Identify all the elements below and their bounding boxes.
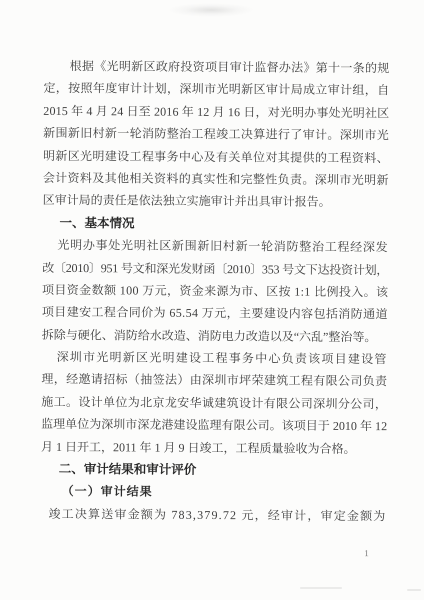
project-parties-paragraph: 深圳市光明新区光明建设工程事务中心负责该项目建设管理，经邀请招标（抽签法）由深圳… bbox=[41, 346, 388, 460]
subsection-heading-audit-result: （一）审计结果 bbox=[41, 480, 387, 505]
text-line: 月 1 日开工，2011 年 1 月 9 日竣工，工程质量验收为合格。 bbox=[41, 435, 387, 460]
text-line: （一）审计结果 bbox=[41, 480, 387, 505]
text-line: 深圳市光明新区光明建设工程事务中心负责该项目建设管 bbox=[42, 346, 388, 371]
text-line: 二、审计结果和审计评价 bbox=[41, 458, 387, 483]
text-line: 改〔2010〕951 号文和深光发财函〔2010〕353 号文下达投资计划， bbox=[42, 256, 388, 281]
text-line: 竣工决算送审金额为 783,379.72 元，经审计，审定金额为 bbox=[40, 503, 386, 528]
text-line: 一、基本情况 bbox=[42, 212, 388, 237]
audit-amount-paragraph: 竣工决算送审金额为 783,379.72 元，经审计，审定金额为 bbox=[40, 503, 386, 528]
page-number: 1 bbox=[364, 548, 369, 558]
text-line: 拆除与硬化、消防给水改造、消防电力改造以及“六乱”整治等。 bbox=[42, 324, 388, 349]
text-line: 定，按照年度审计计划，深圳市光明新区审计局成立审计组，自 bbox=[43, 77, 389, 102]
text-line: 光明办事处光明社区新围新旧村新一轮消防整治工程经深发 bbox=[42, 234, 388, 259]
text-line: 新围新旧村新一轮消防整治工程竣工决算进行了审计。深圳市光 bbox=[43, 122, 389, 147]
project-funding-paragraph: 光明办事处光明社区新围新旧村新一轮消防整治工程经深发改〔2010〕951 号文和… bbox=[42, 234, 389, 348]
scanned-sheet: 根据《光明新区政府投资项目审计监督办法》第十一条的规定，按照年度审计计划，深圳市… bbox=[0, 0, 424, 600]
text-line: 项目建安工程合同价为 65.54 万元，主要建设内容包括消防通道 bbox=[42, 301, 388, 326]
document-page: 根据《光明新区政府投资项目审计监督办法》第十一条的规定，按照年度审计计划，深圳市… bbox=[0, 0, 424, 600]
text-line: 根据《光明新区政府投资项目审计监督办法》第十一条的规 bbox=[44, 55, 390, 80]
section-heading-basic-info: 一、基本情况 bbox=[42, 212, 388, 237]
text-line: 理，经邀请招标（抽签法）由深圳市坪荣建筑工程有限公司负责 bbox=[41, 368, 387, 393]
text-line: 监理单位为深圳市深龙港建设监理有限公司。该项目于 2010 年 12 bbox=[41, 413, 387, 438]
intro-paragraph: 根据《光明新区政府投资项目审计监督办法》第十一条的规定，按照年度审计计划，深圳市… bbox=[43, 55, 390, 214]
text-line: 会计资料及其他相关资料的真实性和完整性负责。深圳市光明新 bbox=[43, 167, 389, 192]
document-body: 根据《光明新区政府投资项目审计监督办法》第十一条的规定，按照年度审计计划，深圳市… bbox=[0, 0, 424, 528]
text-line: 区审计局的责任是依法独立实施审计并出具审计报告。 bbox=[43, 189, 389, 214]
text-line: 施工。设计单位为北京龙安华诚建筑设计有限公司深圳分公司， bbox=[41, 391, 387, 416]
text-line: 明新区光明建设工程事务中心及有关单位对其提供的工程资料、 bbox=[43, 144, 389, 169]
section-heading-audit-results: 二、审计结果和审计评价 bbox=[41, 458, 387, 483]
text-line: 2015 年 4 月 24 日至 2016 年 12 月 16 日，对光明办事处… bbox=[43, 100, 389, 125]
text-line: 项目资金数额 100 万元，资金来源为市、区按 1:1 比例投入。该 bbox=[42, 279, 388, 304]
